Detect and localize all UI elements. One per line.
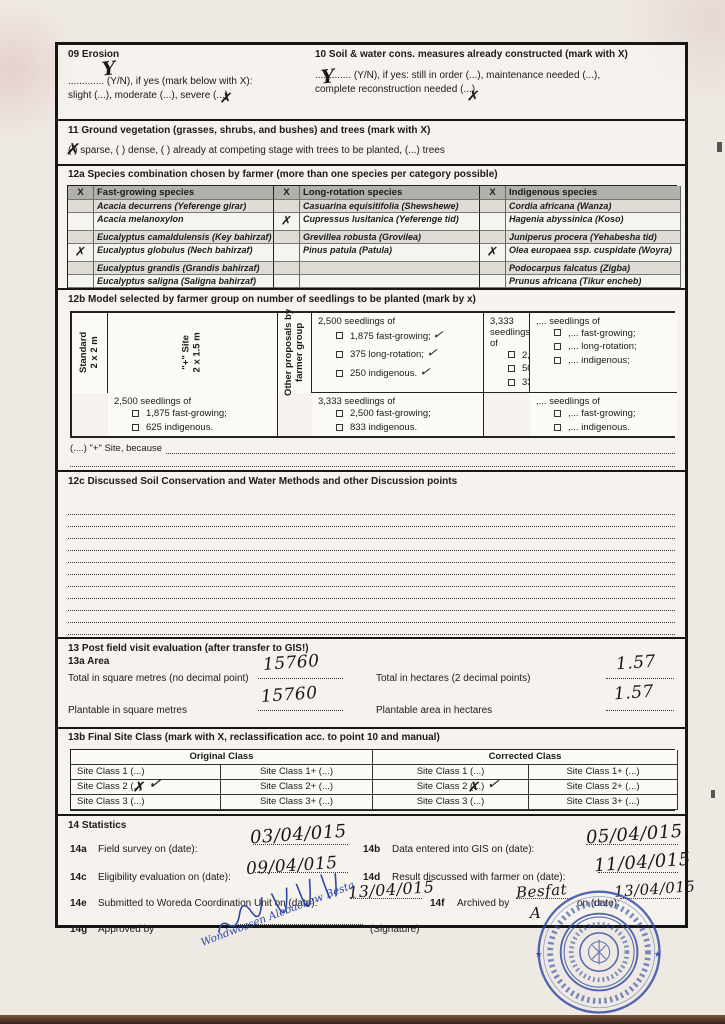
species-table: X Fast-growing species X Long-rotation s… [67, 185, 677, 289]
type: indigenous. [369, 422, 418, 433]
erosion-yn-handwritten: Y [101, 57, 117, 80]
checkbox-icon [508, 379, 515, 386]
qty: 1,875 [350, 331, 374, 342]
section-12c-discussion: 12c Discussed Soil Conservation and Wate… [58, 470, 685, 637]
checkbox-icon [132, 410, 139, 417]
checkbox-icon [554, 343, 561, 350]
col-header-mark: X [68, 186, 94, 200]
discussion-line [68, 599, 675, 611]
section-09-erosion: 09 Erosion ............. (Y/N), if yes (… [68, 49, 315, 119]
soilwater-reconstruction-line: complete reconstruction needed (...) [315, 84, 677, 97]
site-class-cell: Site Class 3+ (...) [529, 795, 678, 810]
cell-title: 3,333 seedlings of [318, 396, 481, 407]
qty: ,... [568, 355, 579, 366]
qty: ,... [568, 422, 579, 433]
stamp-star-left: ★ [535, 950, 543, 960]
scanned-form-page: { "form": { "s09": { "title": "09 Erosio… [0, 0, 725, 1024]
original-class2-x-mark: ✗ [132, 777, 147, 796]
discussion-line [68, 575, 675, 587]
item-14c-label: 14c [70, 872, 87, 883]
discussion-line [68, 611, 675, 623]
site-class-cell-marked: Site Class 2 (..) ✗ ✓ [71, 780, 221, 795]
seedling-model-table: Standard 2 x 2 m 2,500 seedlings of 1,87… [70, 311, 675, 439]
site-class-table: Original Class Corrected Class Site Clas… [70, 749, 675, 811]
cell-title: 2,500 seedlings of [114, 396, 275, 407]
standard-model-2-cell: 2,500 seedlings of 1,875 fast-growing; 6… [108, 393, 278, 437]
species-mark-cell [274, 262, 300, 275]
species-cell: Hagenia abyssinica (Koso) [506, 213, 681, 231]
qty: 2,500 [350, 408, 374, 419]
section-09-10: 09 Erosion ............. (Y/N), if yes (… [58, 45, 685, 119]
species-mark-cell: ✗ [480, 244, 506, 262]
type: fast-growing; [376, 408, 430, 419]
species-cell: Cupressus lusitanica (Yeferenge tid) [300, 213, 480, 231]
checkbox-icon [554, 410, 561, 417]
cell-title: 3,333 seedlings of [490, 316, 527, 349]
species-mark-cell [480, 275, 506, 288]
item-14e-label: 14e [70, 898, 87, 909]
total-ha-label: Total in hectares (2 decimal points) [376, 673, 531, 684]
item-14f-label: 14f [430, 898, 444, 909]
species-cell: Eucalyptus saligna (Saligna bahirzaf) [94, 275, 274, 288]
checkbox-icon [336, 351, 343, 358]
species-mark-cell [68, 231, 94, 244]
item-14a-label: 14a [70, 844, 87, 855]
section-12a-species: 12a Species combination chosen by farmer… [58, 164, 685, 288]
stamp-star-right: ★ [654, 950, 662, 960]
discussion-line [68, 503, 675, 515]
standard-model-1-cell: 2,500 seedlings of 1,875 fast-growing; ✓… [312, 313, 484, 393]
erosion-severity-line: slight (...), moderate (...), severe (..… [68, 90, 315, 103]
site-class-cell: Site Class 1 (...) [373, 765, 529, 780]
corrected-class2-x-mark: ✗ [467, 777, 482, 796]
plantable-ha-label: Plantable area in hectares [376, 705, 492, 716]
plantable-sqm-label: Plantable in square metres [68, 705, 187, 716]
check-mark: ✓ [423, 345, 440, 365]
discussion-line [68, 515, 675, 527]
other-proposals-column-label: Other proposals by farmer group [278, 313, 312, 393]
x-mark: ✗ [486, 244, 499, 260]
checkbox-icon [554, 357, 561, 364]
species-mark-cell [480, 200, 506, 213]
cell-title: ,... seedlings of [536, 316, 675, 327]
qty: 833 [350, 422, 366, 433]
plus-site-because-block: (....) "+" Site, because [70, 443, 675, 467]
total-ha-value: 1.57 [615, 652, 656, 675]
item-14b-text: Data entered into GIS on (date): [392, 844, 534, 855]
qty: ,... [568, 341, 579, 352]
qty: ,... [568, 328, 579, 339]
type: fast-growing; [581, 408, 635, 419]
item-14g-text: Approved by [98, 924, 154, 935]
other-label-line1: Other proposals by [283, 309, 294, 396]
species-mark-cell [68, 275, 94, 288]
vegetation-options-line: ( ) sparse, ( ) dense, ( ) already at co… [68, 145, 677, 158]
species-mark-cell: ✗ [68, 244, 94, 262]
plantable-sqm-value: 15760 [260, 683, 318, 707]
item-14g-signature-text: (Signature) [370, 924, 419, 935]
type: indigenous. [581, 422, 630, 433]
species-cell: Acacia decurrens (Yeferenge girar) [94, 200, 274, 213]
total-sqm-value: 15760 [262, 651, 320, 675]
qty: 250 [350, 368, 366, 379]
type: indigenous; [581, 355, 630, 366]
item-14g-label: 14g [70, 924, 87, 935]
site-class-cell: Site Class 2+ (...) [529, 780, 678, 795]
species-mark-cell [480, 231, 506, 244]
site-class-cell-marked: Site Class 2 (...) ✗ ✓ [373, 780, 529, 795]
qty: 1,875 [146, 408, 170, 419]
species-cell: Casuarina equisitifolia (Shewshewe) [300, 200, 480, 213]
site-class-cell: Site Class 1+ (...) [529, 765, 678, 780]
item-14b-label: 14b [363, 844, 380, 855]
other-label-line2: farmer group [295, 323, 306, 382]
site-class-cell: Site Class 1 (...) [71, 765, 221, 780]
erosion-moderate-x-mark: ✗ [219, 88, 234, 107]
species-cell: Cordia africana (Wanza) [506, 200, 681, 213]
checkbox-icon [508, 365, 515, 372]
species-mark-cell [68, 262, 94, 275]
qty: 625 [146, 422, 162, 433]
original-class-header: Original Class [71, 750, 373, 765]
soilwater-yn-line: ............. (Y/N), if yes: still in or… [315, 70, 677, 83]
type: fast-growing; [172, 408, 226, 419]
site-class-cell: Site Class 3 (...) [373, 795, 529, 810]
type: long-rotation; [369, 349, 424, 360]
total-sqm-label: Total in square metres (no decimal point… [68, 673, 249, 684]
site-class-cell: Site Class 2+ (...) [221, 780, 373, 795]
item-14f-text: Archived by [457, 898, 509, 909]
plantable-ha-value: 1.57 [613, 682, 654, 705]
because-label: (....) "+" Site, because [70, 443, 162, 454]
section-10-title: 10 Soil & water cons. measures already c… [315, 49, 677, 62]
section-10-soil-water: 10 Soil & water cons. measures already c… [315, 49, 677, 119]
checkbox-icon [508, 351, 515, 358]
section-13a-subtitle: 13a Area [68, 656, 675, 669]
standard-label-line2: 2 x 2 m [90, 337, 101, 369]
species-mark-cell [68, 213, 94, 231]
vegetation-sparse-x-mark: ✗ [65, 139, 82, 161]
col-header-mark: X [274, 186, 300, 200]
x-mark: ✗ [280, 213, 293, 229]
section-12b-model: 12b Model selected by farmer group on nu… [58, 288, 685, 470]
plus-label-line2: 2 x 1.5 m [192, 333, 203, 373]
section-11-ground-vegetation: 11 Ground vegetation (grasses, shrubs, a… [58, 119, 685, 164]
checkbox-icon [554, 329, 561, 336]
checkbox-icon [554, 424, 561, 431]
checkbox-icon [132, 424, 139, 431]
species-cell: Eucalyptus globulus (Nech bahirzaf) [94, 244, 274, 262]
section-13b-title: 13b Final Site Class (mark with X, recla… [58, 732, 685, 745]
species-cell: Grevillea robusta (Grovilea) [300, 231, 480, 244]
other-model-2-cell: ,... seedlings of ,... fast-growing; ,..… [530, 393, 677, 437]
species-cell: Podocarpus falcatus (Zigba) [506, 262, 681, 275]
plus-site-column-label: "+" Site 2 x 1.5 m [108, 313, 278, 393]
discussion-line [68, 587, 675, 599]
species-cell: Eucalyptus camaldulensis (Key bahirzaf) [94, 231, 274, 244]
type: indigenous. [165, 422, 214, 433]
cell-title: 2,500 seedlings of [318, 316, 481, 327]
because-dotted-line [166, 443, 675, 454]
section-12b-title: 12b Model selected by farmer group on nu… [58, 294, 685, 307]
official-stamp-icon: ★ ★ [528, 884, 674, 1024]
species-cell: Acacia melanoxylon [94, 213, 274, 231]
species-cell: Juniperus procera (Yehabesha tid) [506, 231, 681, 244]
section-12a-title: 12a Species combination chosen by farmer… [58, 169, 685, 182]
col-header-fast-growing: Fast-growing species [94, 186, 274, 200]
species-mark-cell: ✗ [274, 213, 300, 231]
section-12c-title: 12c Discussed Soil Conservation and Wate… [68, 476, 675, 489]
discussion-line [68, 563, 675, 575]
species-cell [300, 275, 480, 288]
site-class-cell: Site Class 1+ (...) [221, 765, 373, 780]
soilwater-reconstruction-x-mark: ✗ [466, 86, 481, 105]
standard-column-label: Standard 2 x 2 m [72, 313, 108, 393]
discussion-line [68, 539, 675, 551]
discussion-line [68, 551, 675, 563]
item-14a-text: Field survey on (date): [98, 844, 198, 855]
species-mark-cell [274, 200, 300, 213]
col-header-long-rotation: Long-rotation species [300, 186, 480, 200]
plus-model-2-cell: 3,333 seedlings of 2,500 fast-growing; 8… [312, 393, 484, 437]
species-cell: Olea europaea ssp. cuspidate (Woyra) [506, 244, 681, 262]
species-cell: Pinus patula (Patula) [300, 244, 480, 262]
plus-model-1-cell: 3,333 seedlings of 2,500 fast-growing; 5… [484, 313, 530, 393]
discussion-line [68, 623, 675, 635]
species-mark-cell [274, 275, 300, 288]
site-class-cell: Site Class 3 (...) [71, 795, 221, 810]
check-mark: ✓ [430, 326, 447, 346]
section-13-title: 13 Post field visit evaluation (after tr… [68, 643, 675, 656]
species-cell [300, 262, 480, 275]
species-mark-cell [274, 231, 300, 244]
col-header-indigenous: Indigenous species [506, 186, 681, 200]
type: fast-growing; [581, 328, 635, 339]
type: fast-growing; [376, 331, 430, 342]
discussion-line [68, 527, 675, 539]
checkbox-icon [336, 410, 343, 417]
scan-artifact [717, 142, 722, 152]
checkbox-icon [336, 370, 343, 377]
field-form: 09 Erosion ............. (Y/N), if yes (… [55, 42, 688, 928]
col-header-mark: X [480, 186, 506, 200]
type: long-rotation; [581, 341, 636, 352]
section-11-title: 11 Ground vegetation (grasses, shrubs, a… [68, 125, 677, 138]
scan-artifact [711, 790, 715, 798]
checkbox-icon [336, 332, 343, 339]
other-model-1-cell: ,... seedlings of ,... fast-growing; ,..… [530, 313, 677, 393]
species-mark-cell [480, 262, 506, 275]
item-14c-text: Eligibility evaluation on (date): [98, 872, 231, 883]
species-cell: Eucalyptus grandis (Grandis bahirzaf) [94, 262, 274, 275]
section-13-evaluation: 13 Post field visit evaluation (after tr… [58, 637, 685, 727]
soilwater-yn-handwritten: Y [320, 65, 336, 88]
corrected-class-header: Corrected Class [373, 750, 678, 765]
standard-label-line1: Standard [78, 332, 89, 373]
type: indigenous. [369, 368, 418, 379]
species-cell: Prunus africana (Tikur encheb) [506, 275, 681, 288]
section-13b-site-class: 13b Final Site Class (mark with X, recla… [58, 727, 685, 814]
x-mark: ✗ [74, 244, 87, 260]
check-mark: ✓ [417, 364, 434, 384]
species-mark-cell [480, 213, 506, 231]
species-mark-cell [68, 200, 94, 213]
qty: 375 [350, 349, 366, 360]
qty: ,... [568, 408, 579, 419]
cell-title: ,... seedlings of [536, 396, 675, 407]
scan-bottom-edge [0, 1015, 725, 1024]
because-dotted-line-2 [70, 454, 675, 467]
site-class-cell: Site Class 3+ (...) [221, 795, 373, 810]
checkbox-icon [336, 424, 343, 431]
species-mark-cell [274, 244, 300, 262]
plus-label-line1: "+" Site [181, 335, 192, 370]
